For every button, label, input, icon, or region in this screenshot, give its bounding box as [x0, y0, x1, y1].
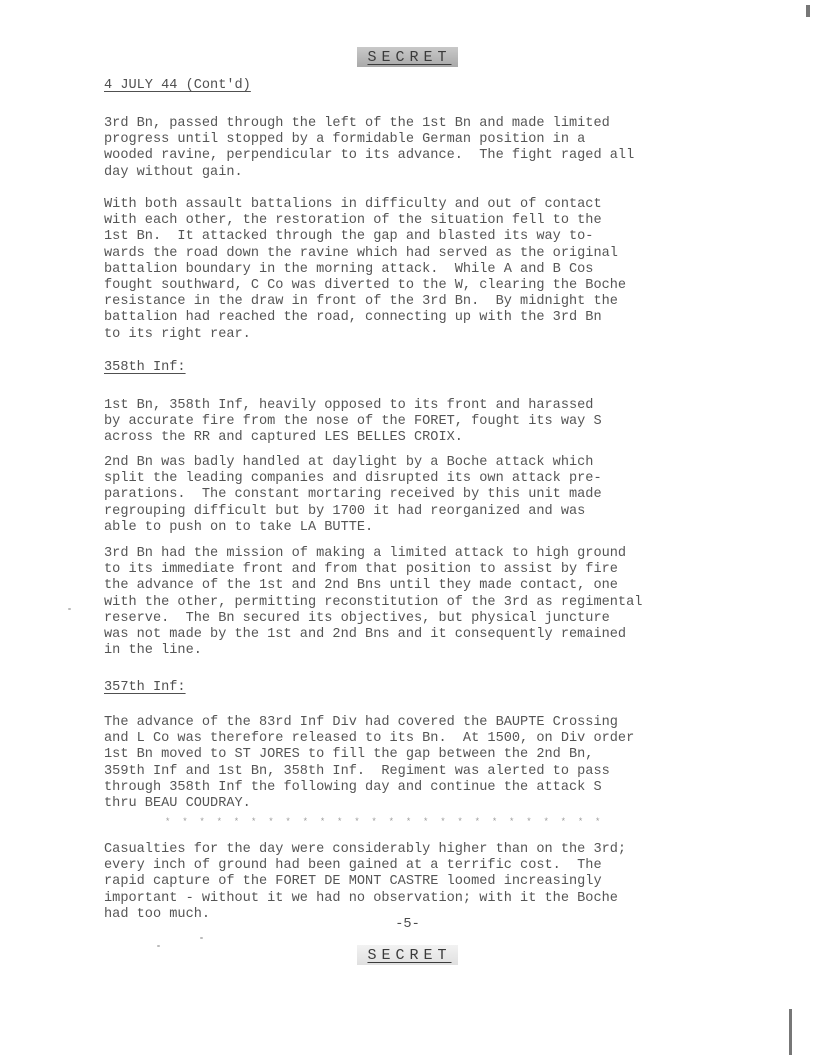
- scan-speck: [68, 608, 71, 610]
- paragraph-358-2nd-bn: 2nd Bn was badly handled at daylight by …: [104, 455, 744, 536]
- scan-speck: [157, 945, 160, 947]
- scan-edge-mark: [789, 1009, 792, 1055]
- paragraph-358-1st-bn: 1st Bn, 358th Inf, heavily opposed to it…: [104, 398, 744, 447]
- paragraph-restoration: With both assault battalions in difficul…: [104, 197, 744, 343]
- scan-speck: [200, 937, 203, 939]
- classification-header: SECRET: [0, 47, 815, 67]
- scan-edge-mark: [806, 5, 810, 17]
- paragraph-357: The advance of the 83rd Inf Div had cove…: [104, 715, 744, 812]
- classification-footer: SECRET: [0, 945, 815, 965]
- date-heading: 4 JULY 44 (Cont'd): [104, 78, 251, 93]
- paragraph-3rd-bn: 3rd Bn, passed through the left of the 1…: [104, 116, 744, 181]
- paragraph-casualties: Casualties for the day were considerably…: [104, 842, 744, 923]
- page-number: -5-: [0, 917, 815, 932]
- section-separator: * * * * * * * * * * * * * * * * * * * * …: [165, 817, 604, 827]
- section-heading-358th: 358th Inf:: [104, 360, 186, 375]
- section-heading-357th: 357th Inf:: [104, 680, 186, 695]
- classification-stamp-bottom: SECRET: [357, 945, 457, 965]
- classification-stamp-top: SECRET: [357, 47, 457, 67]
- paragraph-358-3rd-bn: 3rd Bn had the mission of making a limit…: [104, 546, 744, 659]
- document-page: SECRET 4 JULY 44 (Cont'd) 3rd Bn, passed…: [0, 0, 815, 1055]
